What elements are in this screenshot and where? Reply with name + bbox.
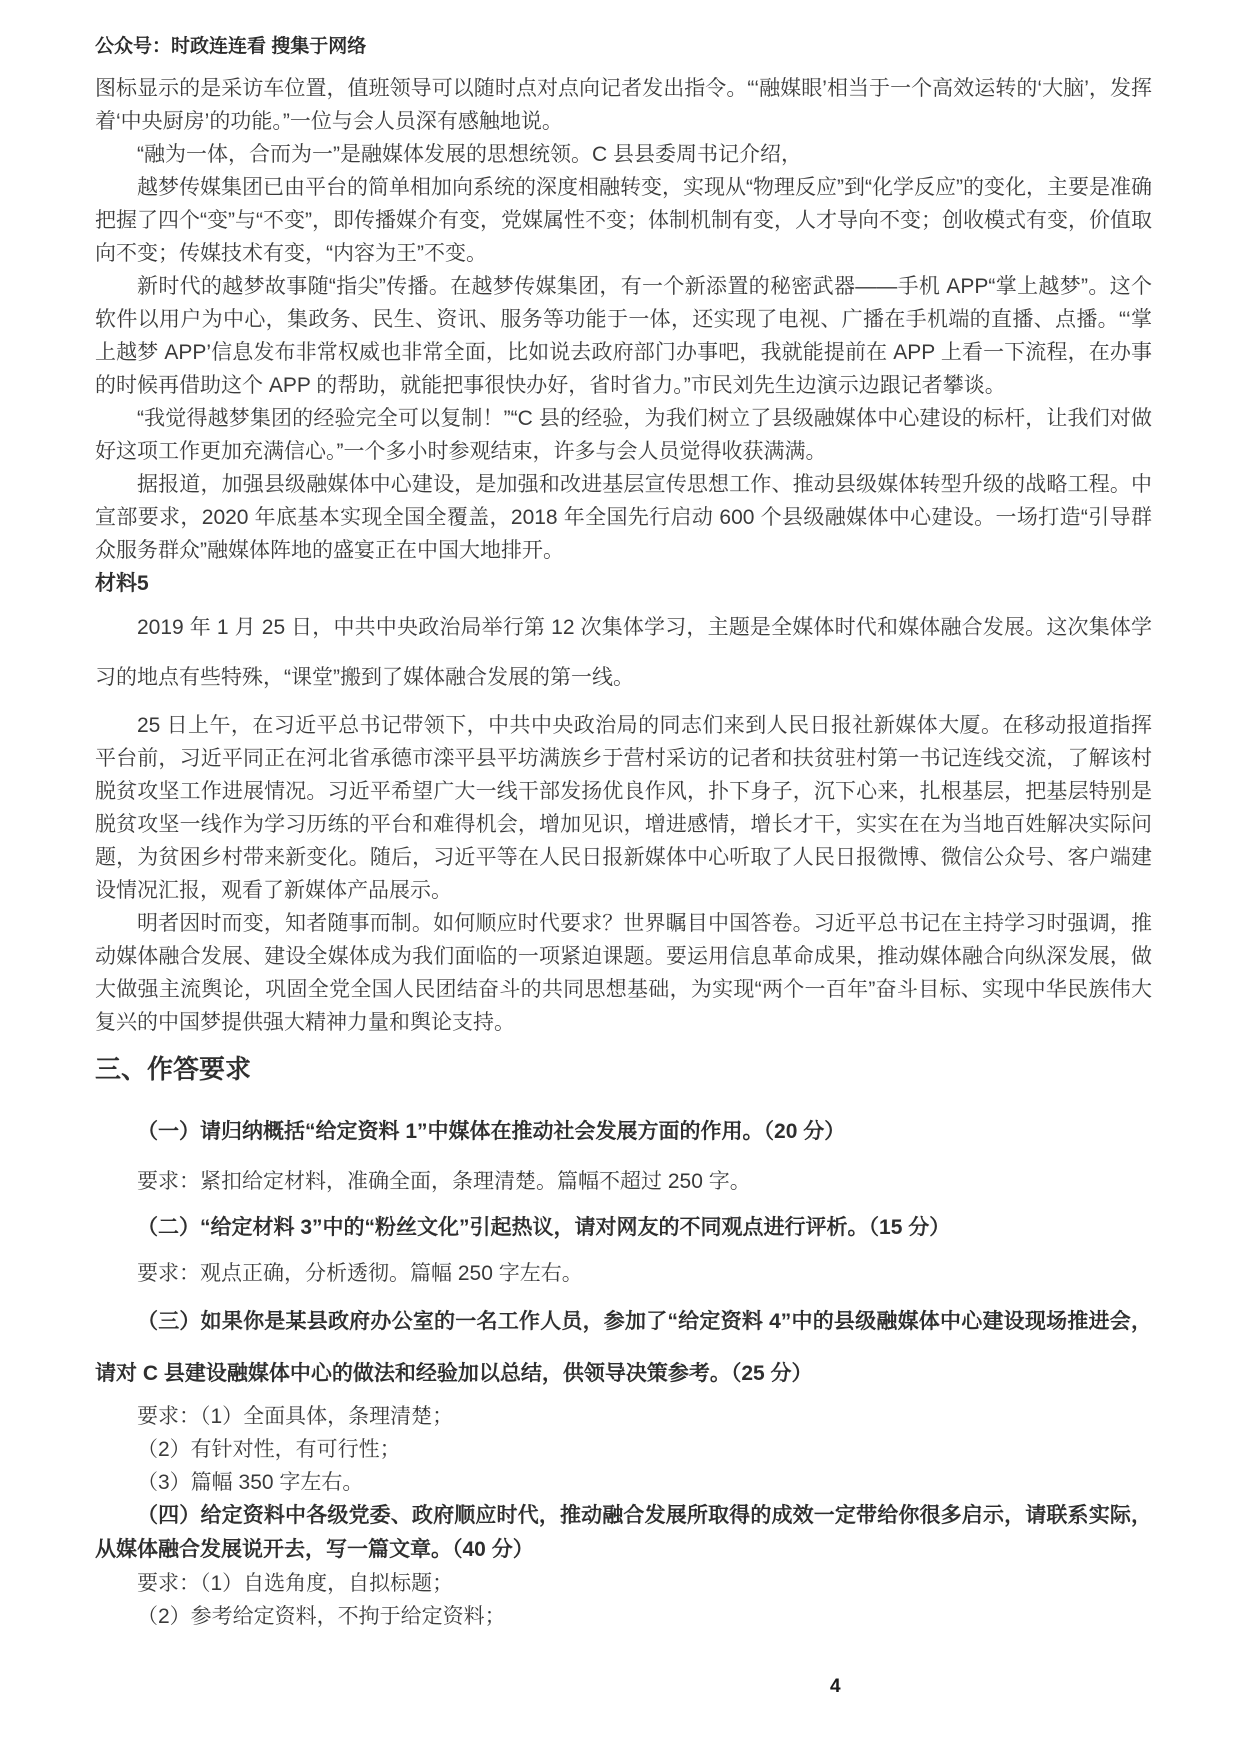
- material4-paragraph: 据报道，加强县级融媒体中心建设，是加强和改进基层宣传思想工作、推动县级媒体转型升…: [95, 468, 1152, 567]
- question-3: （三）如果你是某县政府办公室的一名工作人员，参加了“给定资料 4”中的县级融媒体…: [95, 1296, 1152, 1400]
- material4-paragraph: “融为一体，合而为一”是融媒体发展的思想统领。C 县县委周书记介绍，: [95, 138, 1152, 171]
- material4-paragraph: “我觉得越梦集团的经验完全可以复制！”“C 县的经验，为我们树立了县级融媒体中心…: [95, 402, 1152, 468]
- material5-paragraph: 2019 年 1 月 25 日，中共中央政治局举行第 12 次集体学习，主题是全…: [95, 603, 1152, 703]
- question-1-requirement: 要求：紧扣给定材料，准确全面，条理清楚。篇幅不超过 250 字。: [95, 1165, 1152, 1198]
- question-3-requirement: 要求：（1）全面具体，条理清楚；: [95, 1400, 1152, 1433]
- material4-paragraph: 新时代的越梦故事随“指尖”传播。在越梦传媒集团，有一个新添置的秘密武器——手机 …: [95, 270, 1152, 402]
- document-body: 图标显示的是采访车位置，值班领导可以随时点对点向记者发出指令。“‘融媒眼’相当于…: [95, 72, 1152, 1633]
- question-3-requirement: （3）篇幅 350 字左右。: [95, 1466, 1152, 1499]
- material4-paragraph: 图标显示的是采访车位置，值班领导可以随时点对点向记者发出指令。“‘融媒眼’相当于…: [95, 72, 1152, 138]
- question-4-requirement: 要求：（1）自选角度，自拟标题；: [95, 1567, 1152, 1600]
- source-watermark: 公众号：时政连连看 搜集于网络: [95, 34, 1152, 60]
- question-2: （二）“给定材料 3”中的“粉丝文化”引起热议，请对网友的不同观点进行评析。（1…: [95, 1211, 1152, 1244]
- document-page: 公众号：时政连连看 搜集于网络 图标显示的是采访车位置，值班领导可以随时点对点向…: [0, 0, 1240, 1754]
- material5-paragraph: 25 日上午，在习近平总书记带领下，中共中央政治局的同志们来到人民日报社新媒体大…: [95, 709, 1152, 907]
- material4-paragraph: 越梦传媒集团已由平台的简单相加向系统的深度相融转变，实现从“物理反应”到“化学反…: [95, 171, 1152, 270]
- question-1: （一）请归纳概括“给定资料 1”中媒体在推动社会发展方面的作用。（20 分）: [95, 1115, 1152, 1148]
- question-2-requirement: 要求：观点正确，分析透彻。篇幅 250 字左右。: [95, 1257, 1152, 1290]
- answer-section-heading: 三、作答要求: [95, 1049, 1152, 1089]
- question-4-requirement: （2）参考给定资料，不拘于给定资料；: [95, 1600, 1152, 1633]
- page-number: 4: [830, 1676, 841, 1698]
- material5-paragraph: 明者因时而变，知者随事而制。如何顺应时代要求？世界瞩目中国答卷。习近平总书记在主…: [95, 907, 1152, 1039]
- question-3-requirement: （2）有针对性，有可行性；: [95, 1433, 1152, 1466]
- material5-heading: 材料5: [95, 567, 1152, 600]
- question-4: （四）给定资料中各级党委、政府顺应时代，推动融合发展所取得的成效一定带给你很多启…: [95, 1499, 1152, 1567]
